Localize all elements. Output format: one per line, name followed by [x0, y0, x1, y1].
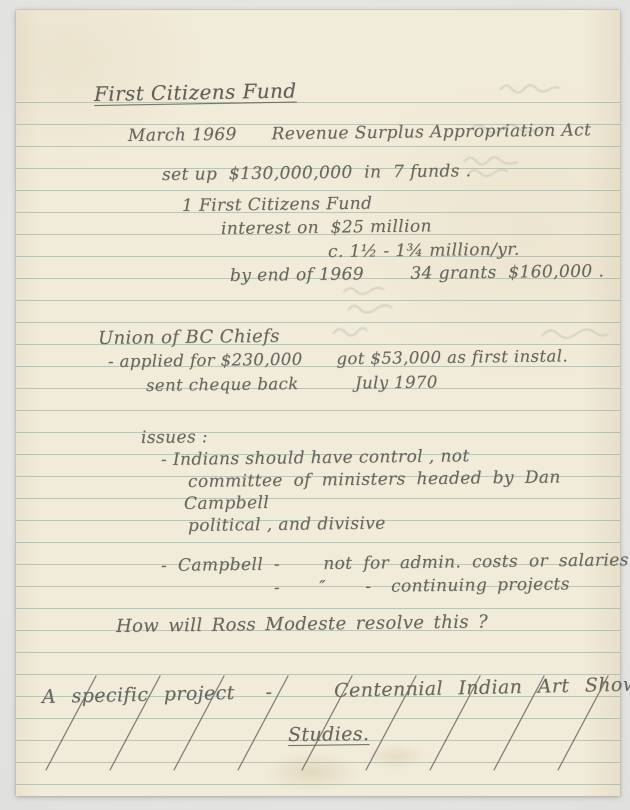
strikeout-slashes: [38, 674, 612, 774]
note-line-fund-item: 1 First Citizens Fund: [182, 194, 373, 216]
note-line-rate-per-year: c. 1½ - 1¾ million/yr.: [328, 240, 520, 262]
note-line-title: First Citizens Fund: [94, 78, 297, 106]
notebook-paper: First Citizens Fund March 1969 Revenue S…: [16, 10, 620, 796]
note-line-cheque-back: sent cheque back July 1970: [146, 372, 438, 395]
note-line-continuing-projects: - ″ - continuing projects: [274, 574, 570, 598]
bleed-through-mark: [330, 320, 370, 342]
scanner-background: First Citizens Fund March 1969 Revenue S…: [0, 0, 630, 810]
note-line-interest: interest on $25 million: [221, 216, 432, 239]
bleed-through-mark: [340, 282, 396, 318]
bleed-through-mark: [540, 322, 610, 348]
bleed-through-mark: [498, 80, 562, 96]
note-line-issue-campbell-name: Campbell: [184, 493, 269, 514]
note-line-issue-control: - Indians should have control , not: [161, 446, 470, 470]
note-line-union-heading: Union of BC Chiefs: [98, 326, 280, 349]
note-line-issues-heading: issues :: [141, 427, 208, 448]
note-line-issue-political: political , and divisive: [188, 514, 386, 536]
note-line-setup-amount: set up $130,000,000 in 7 funds .: [162, 161, 472, 185]
